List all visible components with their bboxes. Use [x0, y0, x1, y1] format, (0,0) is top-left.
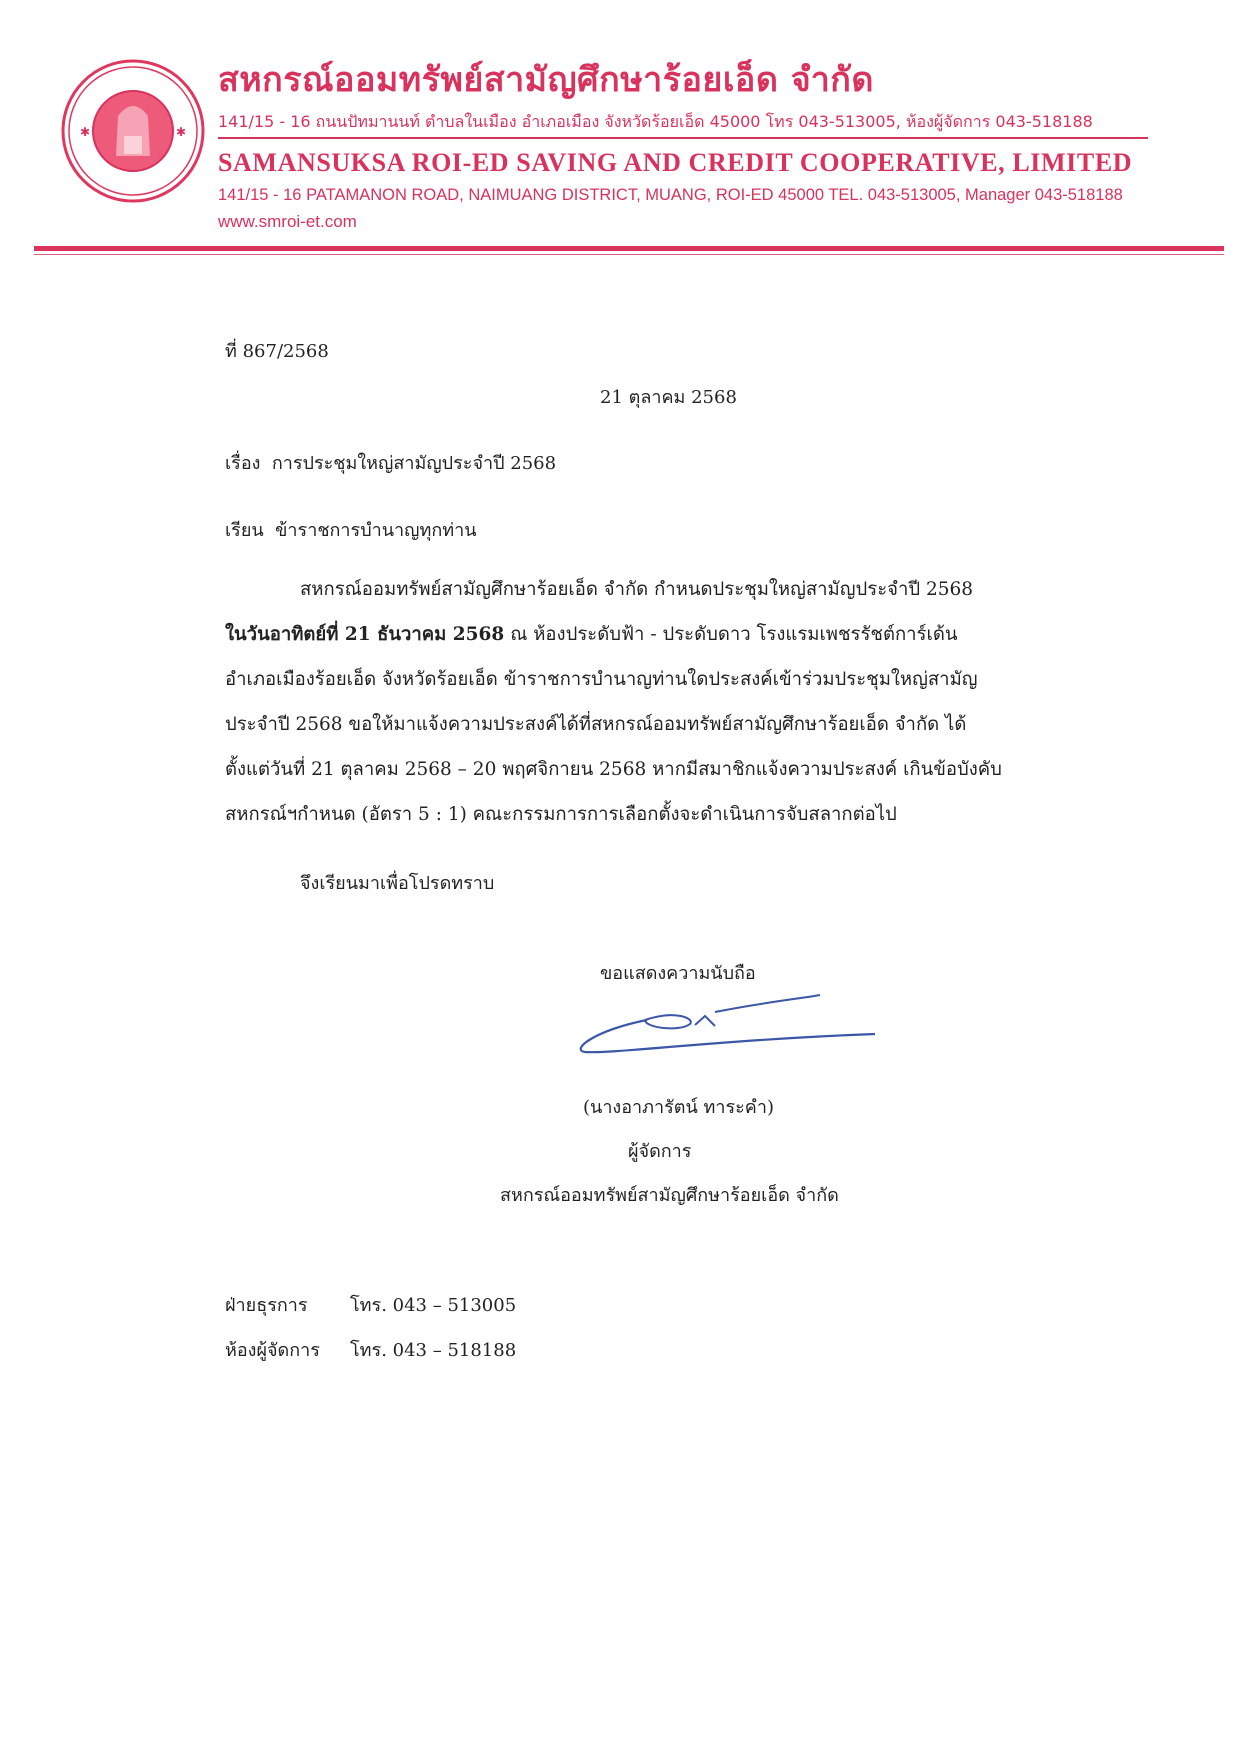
body-line-4: ประจำปี 2568 ขอให้มาแจ้งความประสงค์ได้ที… [225, 710, 966, 739]
signer-organization: สหกรณ์ออมทรัพย์สามัญศึกษาร้อยเอ็ด จำกัด [500, 1180, 839, 1209]
header-band-thin [34, 254, 1224, 255]
signer-position: ผู้จัดการ [628, 1136, 691, 1165]
subject-line: เรื่อง การประชุมใหญ่สามัญประจำปี 2568 [225, 448, 556, 477]
contact-row: ฝ่ายธุรการโทร. 043 – 513005 [225, 1290, 516, 1319]
recipient-line: เรียน ข้าราชการบำนาญทุกท่าน [225, 515, 477, 544]
body-line-6: สหกรณ์ฯกำหนด (อัตรา 5 : 1) คณะกรรมการการ… [225, 800, 897, 829]
website-link[interactable]: www.smroi-et.com [218, 212, 357, 232]
reference-number: ที่ 867/2568 [225, 336, 329, 365]
contact-phone: โทร. 043 – 518188 [350, 1340, 516, 1361]
address-thai: 141/15 - 16 ถนนปัทมานนท์ ตำบลในเมือง อำเ… [218, 110, 1093, 135]
signer-name: (นางอาภารัตน์ ทาระคำ) [583, 1092, 774, 1121]
svg-text:✱: ✱ [80, 125, 90, 139]
body-line-3: อำเภอเมืองร้อยเอ็ด จังหวัดร้อยเอ็ด ข้ารา… [225, 665, 978, 694]
body-line-1: สหกรณ์ออมทรัพย์สามัญศึกษาร้อยเอ็ด จำกัด … [300, 575, 973, 604]
regards: ขอแสดงความนับถือ [600, 958, 756, 987]
subject-label: เรื่อง [225, 453, 260, 474]
body-line-2: ในวันอาทิตย์ที่ 21 ธันวาคม 2568 ณ ห้องปร… [225, 620, 957, 649]
address-english: 141/15 - 16 PATAMANON ROAD, NAIMUANG DIS… [218, 186, 1123, 205]
org-name-thai: สหกรณ์ออมทรัพย์สามัญศึกษาร้อยเอ็ด จำกัด [218, 52, 874, 106]
header-divider [218, 137, 1148, 139]
svg-text:✱: ✱ [176, 125, 186, 139]
contact-row: ห้องผู้จัดการโทร. 043 – 518188 [225, 1335, 516, 1364]
meeting-date: ในวันอาทิตย์ที่ 21 ธันวาคม 2568 [225, 624, 504, 645]
letter-date: 21 ตุลาคม 2568 [600, 382, 737, 411]
recipient-text: ข้าราชการบำนาญทุกท่าน [275, 520, 476, 541]
contact-dept: ห้องผู้จัดการ [225, 1335, 350, 1364]
org-name-english: SAMANSUKSA ROI-ED SAVING AND CREDIT COOP… [218, 148, 1132, 178]
header-band [34, 246, 1224, 251]
recipient-label: เรียน [225, 520, 264, 541]
contact-dept: ฝ่ายธุรการ [225, 1290, 350, 1319]
body-line-5: ตั้งแต่วันที่ 21 ตุลาคม 2568 – 20 พฤศจิก… [225, 755, 1002, 784]
cooperative-seal-icon: ✱ ✱ [58, 56, 208, 206]
subject-text: การประชุมใหญ่สามัญประจำปี 2568 [272, 453, 556, 474]
closing-line: จึงเรียนมาเพื่อโปรดทราบ [300, 868, 494, 897]
contact-phone: โทร. 043 – 513005 [350, 1295, 516, 1316]
handwritten-signature-icon [575, 990, 880, 1060]
